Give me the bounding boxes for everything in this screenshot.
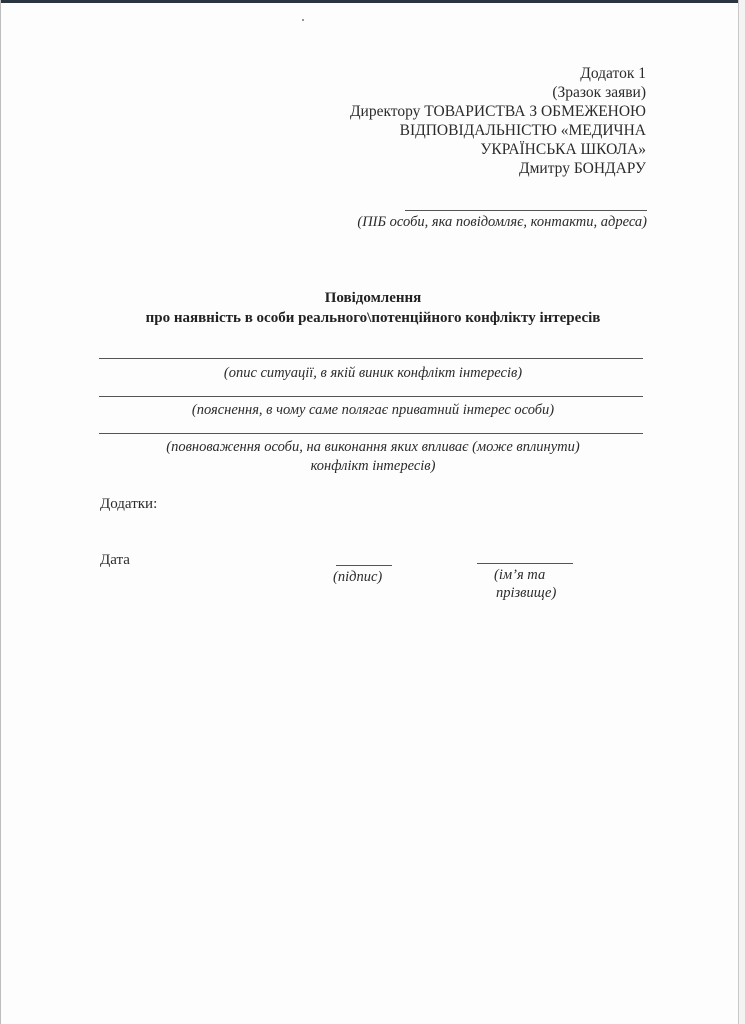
caption-line: (пояснення, в чому саме полягає приватни… <box>100 401 646 420</box>
name-caption-line-2: прізвище) <box>496 584 556 603</box>
addressee-line: Директору ТОВАРИСТВА З ОБМЕЖЕНОЮ <box>350 102 646 121</box>
addressee-line: УКРАЇНСЬКА ШКОЛА» <box>350 140 646 159</box>
situation-fill-line <box>99 358 643 359</box>
scan-speck <box>302 19 304 21</box>
sender-caption: (ПІБ особи, яка повідомляє, контакти, ад… <box>357 214 647 231</box>
signature-caption: (підпис) <box>333 568 382 587</box>
title-line-1: Повідомлення <box>100 288 646 308</box>
situation-caption: (опис ситуації, в якій виник конфлікт ін… <box>100 364 646 383</box>
caption-line: (повноваження особи, на виконання яких в… <box>100 438 646 457</box>
scan-right-margin <box>739 0 745 1024</box>
authority-caption: (повноваження особи, на виконання яких в… <box>100 438 646 476</box>
scan-left-edge <box>0 0 1 1024</box>
date-label: Дата <box>100 552 130 569</box>
attachments-label: Додатки: <box>100 496 157 513</box>
sender-fill-line <box>405 210 647 211</box>
addressee-header: Додаток 1 (Зразок заяви) Директору ТОВАР… <box>350 64 646 178</box>
caption-line: конфлікт інтересів) <box>100 457 646 476</box>
signature-fill-line <box>336 565 392 566</box>
private-interest-fill-line <box>99 396 643 397</box>
authority-fill-line <box>99 433 643 434</box>
document-page: Додаток 1 (Зразок заяви) Директору ТОВАР… <box>0 0 745 1024</box>
caption-line: (опис ситуації, в якій виник конфлікт ін… <box>100 364 646 383</box>
document-title: Повідомлення про наявність в особи реаль… <box>100 288 646 328</box>
scan-top-edge <box>0 0 745 3</box>
name-fill-line <box>477 563 573 564</box>
title-line-2: про наявність в особи реального\потенцій… <box>100 308 646 328</box>
appendix-label: Додаток 1 <box>350 64 646 83</box>
addressee-line: ВІДПОВІДАЛЬНІСТЮ «МЕДИЧНА <box>350 121 646 140</box>
name-caption-line-1: (ім’я та <box>494 566 545 585</box>
scan-right-edge <box>738 0 739 1024</box>
addressee-name: Дмитру БОНДАРУ <box>350 159 646 178</box>
private-interest-caption: (пояснення, в чому саме полягає приватни… <box>100 401 646 420</box>
sample-label: (Зразок заяви) <box>350 83 646 102</box>
